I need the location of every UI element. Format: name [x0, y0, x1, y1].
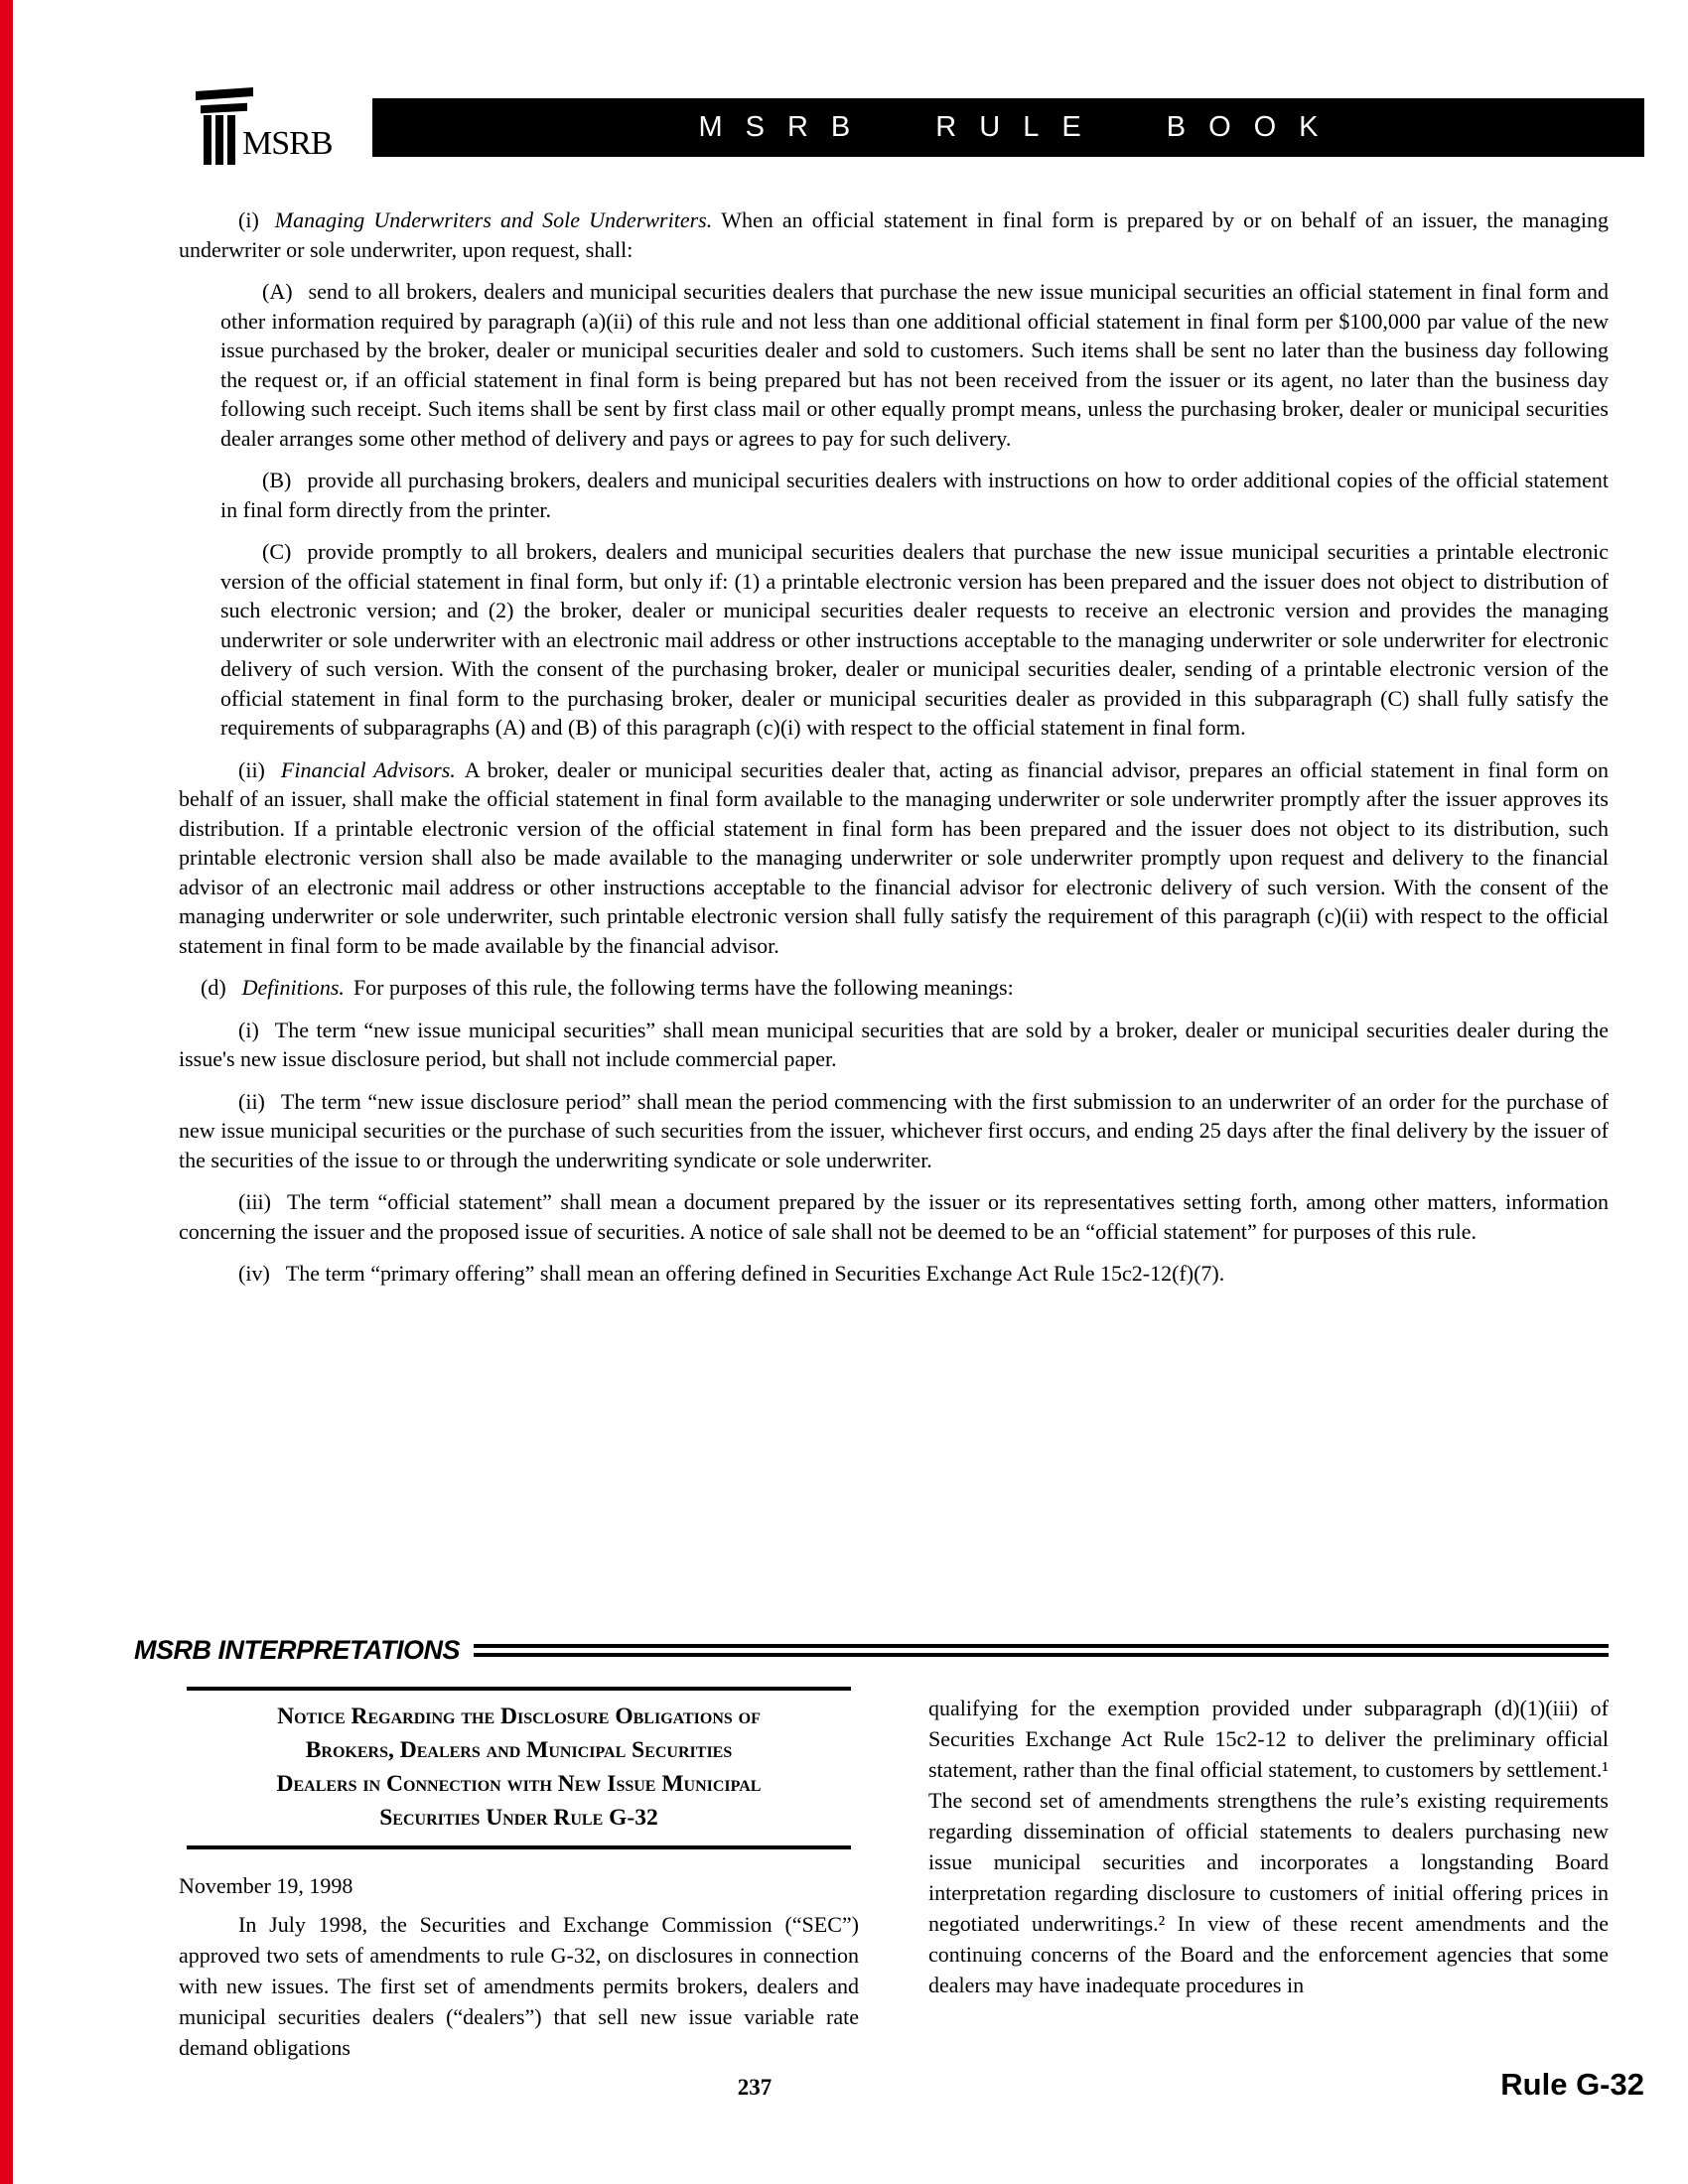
- two-column-layout: Notice Regarding the Disclosure Obligati…: [179, 1687, 1609, 2063]
- paragraph-c-ii: (ii)Financial Advisors.A broker, dealer …: [179, 755, 1609, 961]
- paragraph-text: The term “new issue municipal securities…: [179, 1018, 1609, 1072]
- interpretations-heading-row: MSRB INTERPRETATIONS: [134, 1633, 1609, 1667]
- notice-title-line: Securities Under Rule G-32: [203, 1801, 835, 1835]
- rulebook-banner: MSRB RULE BOOK: [372, 98, 1644, 157]
- definition-ii: (ii)The term “new issue disclosure perio…: [179, 1087, 1609, 1175]
- paragraph-text: send to all brokers, dealers and municip…: [220, 279, 1609, 451]
- paragraph-label: (iv): [238, 1261, 270, 1286]
- paragraph-title: Financial Advisors.: [281, 757, 456, 782]
- double-rule-divider: [474, 1644, 1609, 1657]
- logo-column-capital-icon: [201, 103, 247, 113]
- paragraph-d: (d)Definitions.For purposes of this rule…: [179, 973, 1609, 1003]
- left-column: Notice Regarding the Disclosure Obligati…: [179, 1687, 859, 2063]
- rule-text-body: (i)Managing Underwriters and Sole Underw…: [179, 205, 1609, 1301]
- notice-paragraph-left: In July 1998, the Securities and Exchang…: [179, 1909, 859, 2063]
- paragraph-text: provide all purchasing brokers, dealers …: [220, 468, 1609, 522]
- notice-title: Notice Regarding the Disclosure Obligati…: [179, 1691, 859, 1845]
- logo-column-icon: [215, 115, 223, 165]
- paragraph-c-i-C: (C)provide promptly to all brokers, deal…: [220, 537, 1609, 743]
- paragraph-label: (B): [262, 468, 291, 492]
- notice-title-line: Notice Regarding the Disclosure Obligati…: [203, 1700, 835, 1733]
- interpretations-heading: MSRB INTERPRETATIONS: [134, 1635, 460, 1666]
- paragraph-label: (d): [201, 975, 226, 1000]
- paragraph-c-i: (i)Managing Underwriters and Sole Underw…: [179, 205, 1609, 264]
- right-column: qualifying for the exemption provided un…: [928, 1687, 1609, 2063]
- logo-column-capital-icon: [196, 87, 253, 100]
- definition-iv: (iv)The term “primary offering” shall me…: [179, 1259, 1609, 1289]
- msrb-logo-text: MSRB: [242, 127, 333, 161]
- interpretations-section: MSRB INTERPRETATIONS Notice Regarding th…: [134, 1633, 1609, 2063]
- paragraph-label: (i): [238, 1018, 259, 1042]
- paragraph-label: (ii): [238, 757, 265, 782]
- definition-i: (i)The term “new issue municipal securit…: [179, 1016, 1609, 1074]
- msrb-logo: MSRB: [196, 85, 345, 167]
- paragraph-text: The term “official statement” shall mean…: [179, 1189, 1609, 1244]
- title-rule-bottom: [187, 1845, 851, 1849]
- paragraph-c-i-A: (A)send to all brokers, dealers and muni…: [220, 277, 1609, 453]
- page-edge-red-stripe: [0, 0, 13, 2184]
- definition-iii: (iii)The term “official statement” shall…: [179, 1187, 1609, 1246]
- paragraph-label: (A): [262, 279, 293, 304]
- paragraph-label: (C): [262, 539, 291, 564]
- notice-title-line: Dealers in Connection with New Issue Mun…: [203, 1767, 835, 1801]
- logo-column-icon: [227, 115, 235, 165]
- paragraph-title: Definitions.: [242, 975, 345, 1000]
- notice-paragraph-right: qualifying for the exemption provided un…: [928, 1693, 1609, 2000]
- notice-date: November 19, 1998: [179, 1873, 859, 1899]
- paragraph-text: provide promptly to all brokers, dealers…: [220, 539, 1609, 740]
- logo-column-icon: [204, 115, 211, 165]
- page-number: 237: [695, 2075, 814, 2101]
- paragraph-title: Managing Underwriters and Sole Underwrit…: [275, 207, 712, 232]
- paragraph-text: A broker, dealer or municipal securities…: [179, 757, 1609, 958]
- rule-footer-label: Rule G-32: [1500, 2067, 1644, 2103]
- paragraph-label: (i): [238, 207, 259, 232]
- paragraph-label: (iii): [238, 1189, 271, 1214]
- rulebook-page: MSRB MSRB RULE BOOK (i)Managing Underwri…: [0, 0, 1688, 2184]
- paragraph-c-i-B: (B)provide all purchasing brokers, deale…: [220, 466, 1609, 524]
- paragraph-label: (ii): [238, 1089, 265, 1114]
- paragraph-text: The term “new issue disclosure period” s…: [179, 1089, 1609, 1172]
- paragraph-text: For purposes of this rule, the following…: [353, 975, 1014, 1000]
- paragraph-text: The term “primary offering” shall mean a…: [286, 1261, 1224, 1286]
- notice-title-line: Brokers, Dealers and Municipal Securitie…: [203, 1733, 835, 1767]
